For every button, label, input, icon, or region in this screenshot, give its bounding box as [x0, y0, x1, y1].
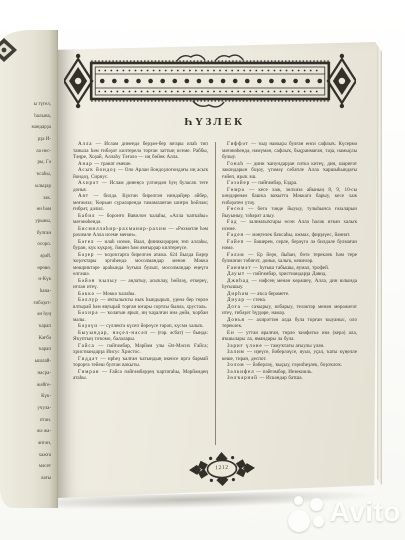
entry-term: Ахирәт — [78, 180, 102, 186]
entry-term: Зәлкифел — [227, 369, 256, 375]
text-fragment: осоро. — [37, 242, 51, 249]
entry-definition: — йәберләү, ҡыҫыу, ғәҙелһеҙлек, боҙоҡлоҡ… — [246, 362, 342, 368]
dictionary-entry: Ахирәт— Ислам динеңсә үлгәндән һуң булас… — [73, 180, 208, 193]
entry-term: Диуар — [227, 297, 246, 303]
entry-term: Донья — [227, 317, 248, 323]
dictionary-entry: Бәҙер— ҡоҙоҡтарға бирелгән атама. 624 йы… — [73, 252, 208, 278]
book-photo: ы түгел,һалына,мандарҙарҙа И-ла нес-ры, … — [0, 0, 405, 540]
text-fragment: өн һәм — [37, 207, 51, 214]
entry-term: Гайса — [78, 343, 98, 349]
entry-term: Ғанимәт — [227, 265, 253, 271]
dictionary-entry: Бәғел— илаһ исеме, Ваал, финикиҙәрҙең тө… — [73, 239, 208, 252]
dictionary-entry: Бәхирә— ҡолағын ярып, иң ҡаҙалған инә дө… — [73, 310, 208, 323]
entry-term: Зариғ үләне — [227, 343, 264, 349]
entry-term: Гиффәт — [227, 141, 251, 147]
entry-definition: — тамуҡтағы ағыулы үлән. — [264, 343, 325, 349]
dictionary-entry: Бәллүр— яҡтылыҡты ныҡ һындырып, үҙенә бе… — [73, 297, 208, 310]
entry-definition: — Мәккә ҡалаһы. — [96, 291, 136, 297]
entry-term: Гәзәйер — [227, 180, 252, 186]
text-fragment: н-Күк — [38, 277, 51, 284]
text-fragment: ры, Гә — [38, 160, 51, 167]
text-fragment: өрөвө. — [37, 266, 51, 273]
entry-definition: — залимлыҡтары өсөн Алла һәләк иткән хал… — [222, 219, 357, 232]
entry-term: Бәҙәүи — [78, 323, 99, 329]
entry-term: Гиддәт — [78, 356, 101, 362]
entry-term: Дауыт — [227, 271, 247, 277]
entry-term: Гонаһ — [227, 161, 246, 167]
entry-term: Доға — [227, 304, 244, 310]
entry-term: Алла — [78, 141, 96, 147]
entry-definition: — мәңгелек баҡсаһы, ожмах, фирҙәүес, йән… — [246, 232, 351, 238]
entry-term: Быуындар, нәҫел-нәсәп — [78, 330, 150, 336]
dictionary-columns: Алла— Ислам динендә берҙән-бер юғары ила… — [73, 141, 357, 451]
dictionary-entry: Бәйән ҡылыу— аңлатыу, асыҡлау, һөйләү, е… — [73, 278, 208, 291]
dictionary-entry: Джиһад— нәфсең менән көрәшеү, Алла, дин … — [222, 278, 357, 291]
entry-definition: — Искәндәр батша. — [259, 375, 302, 381]
entry-term: Ғөсөл — [227, 206, 248, 212]
dictionary-entry: Аят— билдә. Күктән бирелгән ниндәйҙер әй… — [73, 193, 208, 213]
text-fragment: насра- — [38, 371, 52, 378]
dictionary-entry: Быуындар, нәҫел-нәсәп— (ғәр. әсбат) — бы… — [73, 330, 208, 343]
text-fragment: мәсет — [39, 464, 51, 471]
entry-term: Ғад — [227, 219, 241, 225]
page-number-medallion: 1212 — [189, 451, 256, 487]
text-fragment: һана- — [40, 289, 51, 296]
entry-term: Ғәләм — [227, 252, 248, 258]
entry-term: Аят — [78, 193, 94, 199]
text-fragment: мандарҙа — [32, 125, 51, 132]
left-page-text-fragments: ы түгел,һалына,мандарҙарҙа И-ла нес-ры, … — [2, 102, 51, 482]
text-fragment: ы түгел, — [34, 102, 51, 109]
entry-term: Бәғел — [78, 239, 97, 245]
entry-term: Асыҡ йондоҙ — [78, 167, 118, 173]
text-fragment: һалына, — [34, 114, 51, 121]
page-stack-edge — [377, 45, 382, 492]
text-fragment: Кәғбә — [39, 336, 51, 343]
text-fragment: булған — [37, 231, 51, 238]
dictionary-entry: Гимран— Ғайса пәйғәмбәрҙең ҡартатаһы, Мә… — [73, 369, 208, 382]
dictionary-entry: Гиддәт— ирһеҙ ҡалған ҡатындың икенсе ирг… — [73, 356, 208, 369]
text-fragment: жә жа- — [37, 429, 51, 436]
entry-term: Зөлҡәрнәй — [227, 375, 259, 381]
entry-term: Бәккә — [78, 291, 96, 297]
dictionary-entry: Донья— ахирәттән алда була торған ҡыуаны… — [222, 317, 357, 330]
entry-term: Бисмилләһир-рахманир-рахим — [78, 226, 169, 232]
entry-term: Анар — [78, 161, 94, 167]
dictionary-entry: Ғөсөл— бөтә тәнде йыуыу, тулыһынса ғәзал… — [222, 206, 357, 219]
text-fragment: жәйге- — [37, 383, 51, 390]
dictionary-entry: Асыҡ йондоҙ— Оло Арлан йондоҙлоғондағы и… — [73, 167, 208, 180]
dictionary-entry: Гөмрә— кесе хаж, зөлхизә айының 8, 9, 10… — [222, 187, 357, 207]
entry-definition: — гранат емеше. — [94, 161, 131, 167]
entry-definition: — уттан яралған, төрлө ҡиәфәткә инә (кер… — [222, 330, 357, 343]
text-fragment: лағы — [41, 476, 51, 482]
entry-term: Бәҙер — [78, 252, 97, 258]
entry-term: Гимран — [78, 369, 102, 375]
dictionary-entry: Залим— иҙеүсе, йәберләүсе, яуыз, уҫал, ҡ… — [222, 349, 357, 362]
entry-term: Дирһәм — [227, 291, 250, 297]
entry-definition: — пәйғәмбәр, христиандарҙа Давид. — [247, 271, 327, 277]
entry-definition: — сүллектә күсеп йөрөүсе ғәрәп, күсмә ха… — [99, 323, 203, 329]
entry-term: Бәллүр — [78, 297, 100, 303]
entry-definition: — пәйғәмбәр, Иезекииль. — [256, 369, 313, 375]
text-fragment: ҡарап — [39, 324, 51, 331]
entry-term: Ен — [227, 330, 238, 336]
dictionary-entry: Гонаһ— дини ҡанундарҙан ситкә китеү, дин… — [222, 161, 357, 181]
avito-watermark-label: Avito — [330, 498, 401, 526]
text-fragment: птан. — [40, 418, 51, 425]
text-fragment: хажға — [39, 453, 51, 460]
left-page-ornament-icon — [0, 38, 17, 62]
text-fragment: ғибәҙәт- — [33, 301, 51, 308]
entry-term: Бабил — [78, 213, 98, 219]
entry-term: Гөмрә — [227, 187, 249, 193]
left-page: ы түгел,һалына,мандарҙарҙа И-ла нес-ры, … — [0, 30, 58, 508]
dictionary-entry: Ғад— залимлыҡтары өсөн Алла һәләк иткән … — [222, 219, 357, 232]
entry-term: Ғәйеп — [227, 239, 246, 245]
page-title: ҺҮЗЛЕК — [73, 116, 356, 128]
header-ornament-band — [64, 53, 356, 109]
text-fragment: Күк- — [41, 394, 51, 401]
entry-term: Джиһад — [227, 278, 252, 284]
right-page: ҺҮЗЛЕК Алла— Ислам динендә берҙән-бер юғ… — [58, 42, 378, 498]
text-fragment: әнгән, — [38, 441, 51, 448]
dictionary-entry: Ғәйеп— йәшерен, серле, берәүгә лә билдәл… — [222, 239, 357, 252]
dictionary-entry: Гиффәт— ҡыҙ намыҫы булған енси сафлыҡ. К… — [222, 141, 357, 161]
entry-term: Бәйән ҡылыу — [78, 278, 121, 284]
column-right: Гиффәт— ҡыҙ намыҫы булған енси сафлыҡ. К… — [215, 141, 357, 451]
entry-definition: — стена. — [246, 297, 266, 303]
avito-watermark: Avito — [285, 490, 401, 534]
entry-term: Бәхирә — [78, 310, 100, 316]
text-fragment: учула- — [37, 406, 51, 413]
entry-term: Ғәден — [227, 232, 246, 238]
entry-definition: — аҡса берәмете. — [250, 291, 289, 297]
dictionary-entry: Доға— саҡырыу, ялбарыу, теләктәр менән м… — [222, 304, 357, 317]
column-left: Алла— Ислам динендә берҙән-бер юғары ила… — [73, 141, 215, 451]
text-fragment: урыны, — [35, 219, 51, 226]
entry-term: Залим — [227, 349, 247, 355]
dictionary-entry: Ен— уттан яралған, төрлө ҡиәфәткә инә (к… — [222, 330, 357, 343]
text-fragment: ән һуң — [37, 312, 51, 319]
entry-term: Золом — [227, 362, 246, 368]
text-fragment: рҙа И- — [38, 137, 51, 144]
text-fragment: әрәй. — [40, 254, 51, 261]
dictionary-entry: Ғәләм— Ер йөҙө, йыһан, бөтә тереклек һәм… — [222, 252, 357, 265]
entry-definition: — билдә. Күктән бирелгән ниндәйҙер әйбер… — [73, 193, 208, 212]
dictionary-entry: Зөлҡәрнәй— Искәндәр батша. — [222, 375, 357, 382]
text-fragment: ылыҙар — [35, 184, 51, 191]
dictionary-entry: Алла— Ислам динендә берҙән-бер юғары ила… — [73, 141, 208, 161]
entry-definition: — һуғыш табышы, яумал, трофей. — [253, 265, 329, 271]
entry-definition: — пәйғәмбәр, Ездра. — [252, 180, 298, 186]
text-fragment: ышлай- — [35, 359, 51, 366]
text-fragment: ҡсаһы, — [37, 172, 51, 179]
text-fragment: зәк. — [43, 196, 51, 203]
column-divider-rule — [215, 142, 216, 445]
dictionary-entry: Бабил— боронғо Вавилон ҡалаһы, «Алла ҡап… — [73, 213, 208, 226]
dictionary-entry: Гайса— пәйғәмбәр, Мәрйәм улы Әл-Мәсих Ға… — [73, 343, 208, 356]
text-fragment: ҡарап — [39, 347, 51, 354]
text-fragment: ла нес- — [36, 149, 51, 156]
dictionary-entry: Бисмилләһир-рахманир-рахим— «Рәхмәтле һә… — [73, 226, 208, 239]
avito-logo-circles-icon — [285, 490, 327, 534]
